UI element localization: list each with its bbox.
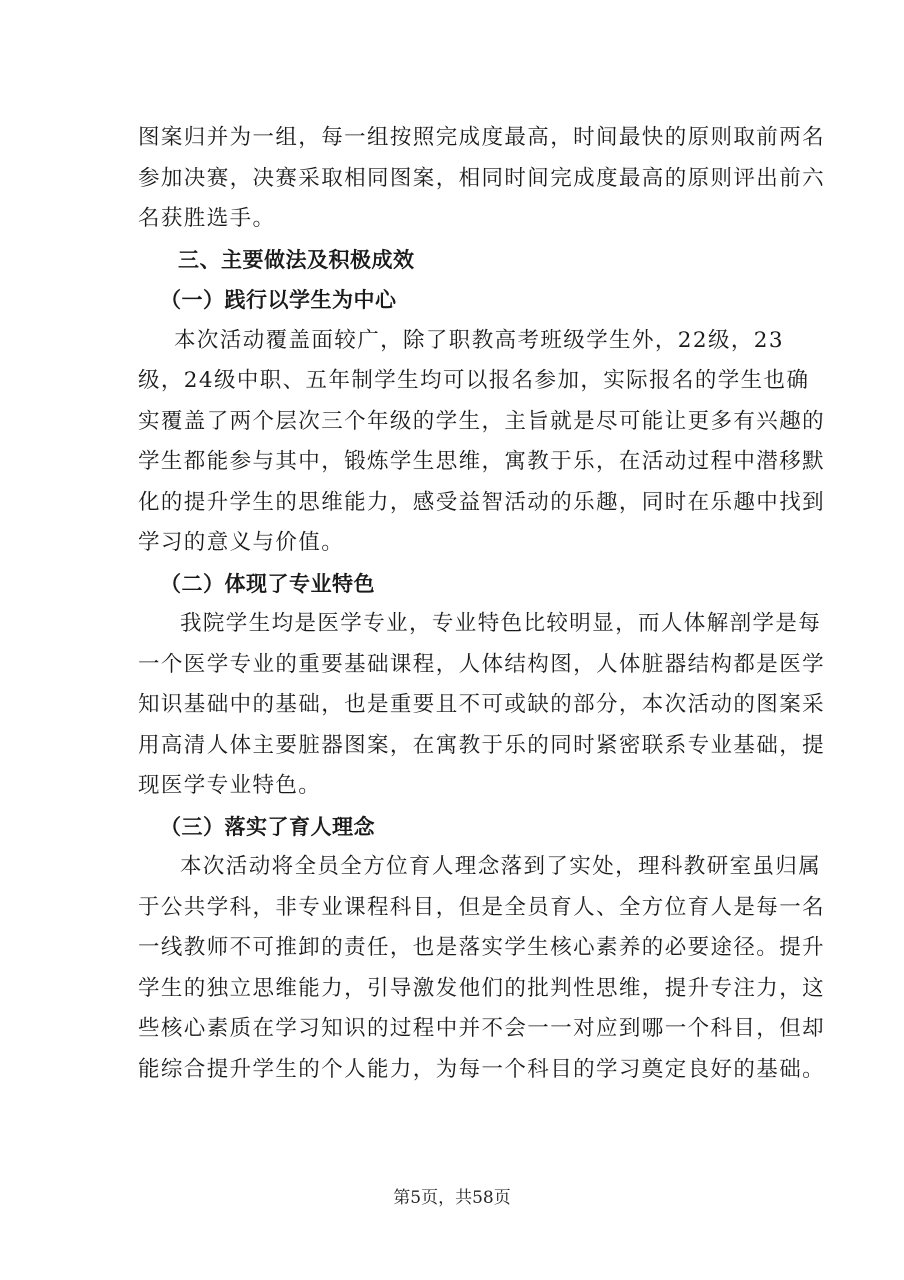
paragraph-line: 学生都能参与其中，锻炼学生思维，寓教于乐，在活动过程中潜移默 — [138, 442, 786, 483]
paragraph-line: 级，24级中职、五年制学生均可以报名参加，实际报名的学生也确 — [138, 361, 786, 402]
paragraph-line: 些核心素质在学习知识的过程中并不会一一对应到哪一个科目，但却 — [138, 1009, 786, 1050]
paragraph-line: 化的提升学生的思维能力，感受益智活动的乐趣，同时在乐趣中找到 — [138, 483, 786, 524]
page-number-footer: 第5页，共58页 — [0, 1183, 904, 1208]
subsection-heading: （三）落实了育人理念 — [138, 807, 786, 848]
paragraph-line: 知识基础中的基础，也是重要且不可或缺的部分，本次活动的图案采 — [138, 685, 786, 726]
paragraph-line: 一线教师不可推卸的责任，也是落实学生核心素养的必要途径。提升 — [138, 928, 786, 969]
paragraph-line: 图案归并为一组，每一组按照完成度最高，时间最快的原则取前两名 — [138, 118, 786, 159]
subsection-heading: （一）践行以学生为中心 — [138, 280, 786, 321]
paragraph-line: 名获胜选手。 — [138, 199, 786, 240]
paragraph-line: 本次活动覆盖面较广，除了职教高考班级学生外，22级，23 — [138, 321, 786, 362]
paragraph-line: 于公共学科，非专业课程科目，但是全员育人、全方位育人是每一名 — [138, 888, 786, 929]
paragraph-line: 我院学生均是医学专业，专业特色比较明显，而人体解剖学是每 — [138, 604, 786, 645]
paragraph-line: 参加决赛，决赛采取相同图案，相同时间完成度最高的原则评出前六 — [138, 159, 786, 200]
paragraph-line: 学生的独立思维能力，引导激发他们的批判性思维，提升专注力，这 — [138, 969, 786, 1010]
paragraph-line: 实覆盖了两个层次三个年级的学生，主旨就是尽可能让更多有兴趣的 — [138, 402, 786, 443]
paragraph-line: 一个医学专业的重要基础课程，人体结构图，人体脏器结构都是医学 — [138, 645, 786, 686]
section-heading: 三、主要做法及积极成效 — [138, 240, 786, 281]
subsection-heading: （二）体现了专业特色 — [138, 564, 786, 605]
paragraph-line: 用高清人体主要脏器图案，在寓教于乐的同时紧密联系专业基础，提 — [138, 726, 786, 767]
document-page: 图案归并为一组，每一组按照完成度最高，时间最快的原则取前两名 参加决赛，决赛采取… — [138, 118, 786, 1090]
paragraph-line: 本次活动将全员全方位育人理念落到了实处，理科教研室虽归属 — [138, 847, 786, 888]
paragraph-line: 学习的意义与价值。 — [138, 523, 786, 564]
paragraph-line: 能综合提升学生的个人能力，为每一个科目的学习奠定良好的基础。 — [138, 1050, 786, 1091]
paragraph-line: 现医学专业特色。 — [138, 766, 786, 807]
